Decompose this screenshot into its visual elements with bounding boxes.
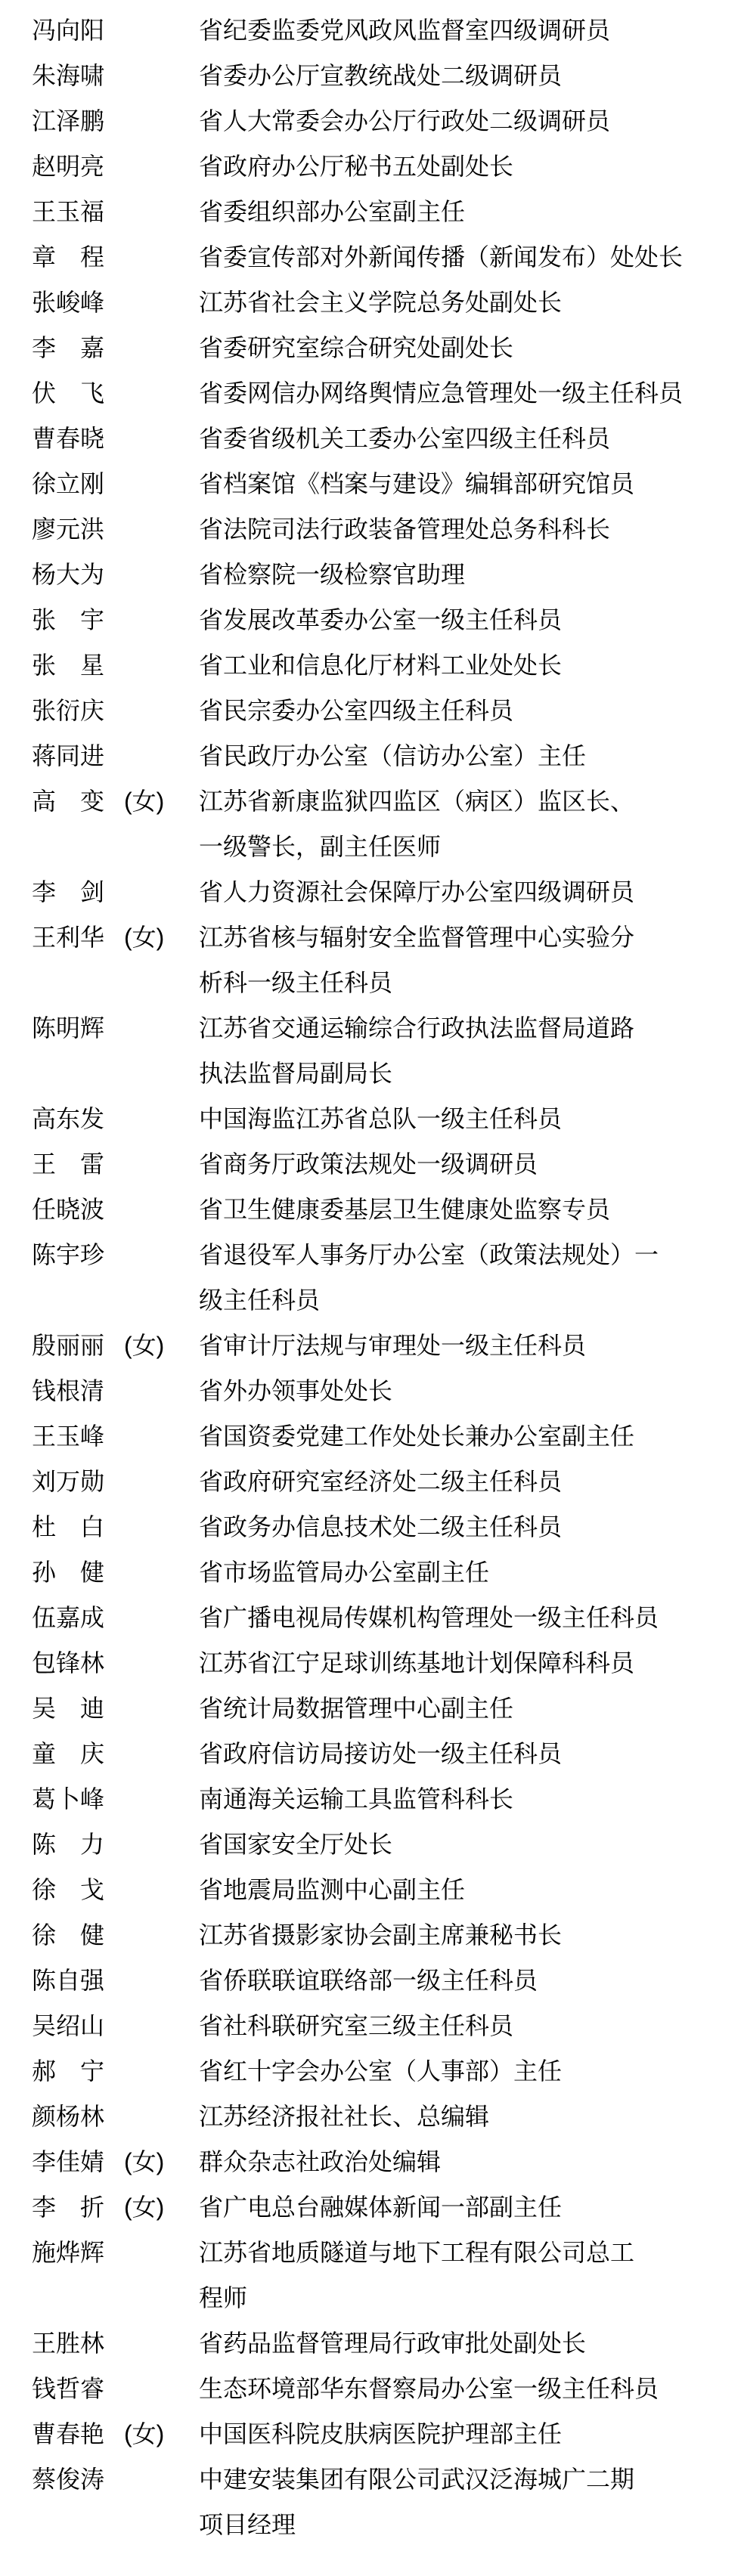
person-position: 省广播电视局传媒机构管理处一级主任科员 [199,1595,659,1640]
person-name: 包锋林 [32,1640,104,1686]
person-position: 江苏省社会主义学院总务处副处长 [199,280,562,325]
person-position: 省检察院一级检察官助理 [199,552,465,597]
person-name-cell: 章 程 [32,234,199,280]
person-name: 张峻峰 [32,280,104,325]
roster-entry: 赵明亮 省政府办公厅秘书五处副处长 [0,144,744,189]
roster-entry: 杨大为 省检察院一级检察官助理 [0,552,744,597]
person-name-cell: 陈 力 [32,1822,199,1867]
gender-marker: (女) [124,2420,164,2448]
person-position: 省统计局数据管理中心副主任 [199,1686,513,1731]
person-position: 省委网信办网络舆情应急管理处一级主任科员 [199,370,683,416]
person-name-cell: 张衍庆 [32,688,199,733]
person-position: 省审计厅法规与审理处一级主任科员 [199,1323,586,1368]
roster-entry: 施烨辉 江苏省地质隧道与地下工程有限公司总工 程师 [0,2230,744,2321]
person-position: 省政务办信息技术处二级主任科员 [199,1504,562,1550]
person-name-cell: 包锋林 [32,1640,199,1686]
person-name: 孙 健 [32,1550,104,1595]
roster-entry: 孙 健 省市场监管局办公室副主任 [0,1550,744,1595]
roster-entry: 郝 宁 省红十字会办公室（人事部）主任 [0,2048,744,2094]
roster-entry: 高东发 中国海监江苏省总队一级主任科员 [0,1096,744,1141]
roster-entry: 朱海啸 省委办公厅宣教统战处二级调研员 [0,53,744,98]
roster-entry: 张衍庆 省民宗委办公室四级主任科员 [0,688,744,733]
person-name-cell: 王玉福 [32,189,199,234]
person-name: 张衍庆 [32,688,104,733]
person-name: 任晓波 [32,1187,104,1232]
roster-entry: 蒋同进 省民政厅办公室（信访办公室）主任 [0,733,744,779]
roster-entry: 张峻峰 江苏省社会主义学院总务处副处长 [0,280,744,325]
person-name: 蔡俊涛 [32,2457,104,2502]
roster-entry: 曹春艳(女) 中国医科院皮肤病医院护理部主任 [0,2411,744,2457]
person-name: 李佳婧 [32,2139,104,2184]
person-position: 江苏省江宁足球训练基地计划保障科科员 [199,1640,634,1686]
person-name: 王利华 [32,915,104,960]
roster-entry: 包锋林 江苏省江宁足球训练基地计划保障科科员 [0,1640,744,1686]
person-name: 杜 白 [32,1504,104,1550]
person-position: 省商务厅政策法规处一级调研员 [199,1141,538,1187]
person-position: 生态环境部华东督察局办公室一级主任科员 [199,2366,659,2411]
person-name: 葛卜峰 [32,1776,104,1822]
person-name-cell: 伏 飞 [32,370,199,416]
person-name: 王胜林 [32,2321,104,2366]
person-name-cell: 孙 健 [32,1550,199,1595]
person-position: 省国家安全厅处长 [199,1822,392,1867]
person-name: 郝 宁 [32,2048,104,2094]
person-name-cell: 陈宇珍 [32,1232,199,1277]
roster-entry: 李 折(女) 省广电总台融媒体新闻一部副主任 [0,2184,744,2230]
person-position: 省民政厅办公室（信访办公室）主任 [199,733,586,779]
gender-marker: (女) [124,788,164,815]
gender-marker: (女) [124,2194,164,2221]
person-name-cell: 高东发 [32,1096,199,1141]
roster-entry: 王利华(女) 江苏省核与辐射安全监督管理中心实验分 析科一级主任科员 [0,915,744,1005]
person-position: 中建安装集团有限公司武汉泛海城广二期 项目经理 [199,2457,634,2547]
person-position: 省工业和信息化厅材料工业处处长 [199,642,562,688]
person-name: 钱哲睿 [32,2366,104,2411]
gender-marker: (女) [124,1332,164,1359]
person-position: 省档案馆《档案与建设》编辑部研究馆员 [199,461,634,506]
roster-entry: 吴绍山 省社科联研究室三级主任科员 [0,2003,744,2048]
roster-entry: 李佳婧(女) 群众杂志社政治处编辑 [0,2139,744,2184]
person-position: 江苏省新康监狱四监区（病区）监区长、 一级警长，副主任医师 [199,779,634,869]
person-position: 省政府信访局接访处一级主任科员 [199,1731,562,1776]
person-name: 曹春晓 [32,416,104,461]
person-name: 张 宇 [32,597,104,642]
person-name: 王玉峰 [32,1413,104,1459]
roster-entry: 伍嘉成 省广播电视局传媒机构管理处一级主任科员 [0,1595,744,1640]
person-name-cell: 蔡俊涛 [32,2457,199,2502]
person-name: 陈 力 [32,1822,104,1867]
person-name-cell: 王胜林 [32,2321,199,2366]
person-name: 徐 戈 [32,1867,104,1912]
person-position: 省委组织部办公室副主任 [199,189,465,234]
person-name-cell: 李 剑 [32,869,199,915]
roster-entry: 徐立刚 省档案馆《档案与建设》编辑部研究馆员 [0,461,744,506]
person-position: 省民宗委办公室四级主任科员 [199,688,513,733]
person-name-cell: 高 变(女) [32,779,199,824]
person-name-cell: 张峻峰 [32,280,199,325]
person-position: 江苏省核与辐射安全监督管理中心实验分 析科一级主任科员 [199,915,634,1005]
person-name-cell: 陈明辉 [32,1005,199,1051]
roster-entry: 徐 健 江苏省摄影家协会副主席兼秘书长 [0,1912,744,1958]
roster-entry: 殷丽丽(女) 省审计厅法规与审理处一级主任科员 [0,1323,744,1368]
gender-marker: (女) [124,924,164,951]
roster-entry: 葛卜峰 南通海关运输工具监管科科长 [0,1776,744,1822]
person-name: 李 剑 [32,869,104,915]
roster-entry: 高 变(女) 江苏省新康监狱四监区（病区）监区长、 一级警长，副主任医师 [0,779,744,869]
person-name-cell: 钱根清 [32,1368,199,1413]
person-name-cell: 刘万勋 [32,1459,199,1504]
person-name: 伏 飞 [32,370,104,416]
roster-entry: 张 宇 省发展改革委办公室一级主任科员 [0,597,744,642]
person-name: 蒋同进 [32,733,104,779]
roster-entry: 王玉峰 省国资委党建工作处处长兼办公室副主任 [0,1413,744,1459]
person-name: 李 折 [32,2184,104,2230]
person-name-cell: 吴绍山 [32,2003,199,2048]
person-name-cell: 廖元洪 [32,506,199,552]
person-name: 徐 健 [32,1912,104,1958]
person-name: 杨大为 [32,552,104,597]
roster-entry: 李 剑 省人力资源社会保障厅办公室四级调研员 [0,869,744,915]
roster-entry: 曹春晓 省委省级机关工委办公室四级主任科员 [0,416,744,461]
person-name: 陈明辉 [32,1005,104,1051]
person-position: 省政府研究室经济处二级主任科员 [199,1459,562,1504]
person-name-cell: 颜杨林 [32,2094,199,2139]
person-name-cell: 童 庆 [32,1731,199,1776]
person-name: 高 变 [32,779,104,824]
roster-entry: 刘万勋 省政府研究室经济处二级主任科员 [0,1459,744,1504]
person-position: 省广电总台融媒体新闻一部副主任 [199,2184,562,2230]
person-name-cell: 王玉峰 [32,1413,199,1459]
person-name-cell: 蒋同进 [32,733,199,779]
person-name-cell: 吴 迪 [32,1686,199,1731]
person-name-cell: 钱哲睿 [32,2366,199,2411]
person-name-cell: 徐 健 [32,1912,199,1958]
person-name: 江泽鹏 [32,98,104,144]
roster-entry: 钱根清 省外办领事处处长 [0,1368,744,1413]
person-name: 童 庆 [32,1731,104,1776]
person-name-cell: 葛卜峰 [32,1776,199,1822]
person-name-cell: 朱海啸 [32,53,199,98]
person-name-cell: 徐 戈 [32,1867,199,1912]
person-name: 吴 迪 [32,1686,104,1731]
roster-entry: 陈 力 省国家安全厅处长 [0,1822,744,1867]
person-name-cell: 伍嘉成 [32,1595,199,1640]
person-position: 省侨联联谊联络部一级主任科员 [199,1958,538,2003]
person-name-cell: 曹春艳(女) [32,2411,199,2457]
person-name: 陈自强 [32,1958,104,2003]
gender-marker: (女) [124,2148,164,2175]
roster-entry: 李 嘉 省委研究室综合研究处副处长 [0,325,744,370]
person-name-cell: 施烨辉 [32,2230,199,2275]
roster-entry: 陈宇珍 省退役军人事务厅办公室（政策法规处）一 级主任科员 [0,1232,744,1323]
person-name: 冯向阳 [32,8,104,53]
roster-entry: 陈明辉 江苏省交通运输综合行政执法监督局道路 执法监督局副局长 [0,1005,744,1096]
person-position: 省政府办公厅秘书五处副处长 [199,144,513,189]
person-position: 省委宣传部对外新闻传播（新闻发布）处处长 [199,234,683,280]
person-name: 颜杨林 [32,2094,104,2139]
person-name: 廖元洪 [32,506,104,552]
person-position: 省国资委党建工作处处长兼办公室副主任 [199,1413,634,1459]
person-position: 省委办公厅宣教统战处二级调研员 [199,53,562,98]
person-position: 省发展改革委办公室一级主任科员 [199,597,562,642]
person-name: 高东发 [32,1096,104,1141]
roster-entry: 吴 迪 省统计局数据管理中心副主任 [0,1686,744,1731]
person-name-cell: 郝 宁 [32,2048,199,2094]
person-name: 张 星 [32,642,104,688]
person-name-cell: 杜 白 [32,1504,199,1550]
person-name-cell: 王利华(女) [32,915,199,960]
person-position: 中国海监江苏省总队一级主任科员 [199,1096,562,1141]
person-position: 省纪委监委党风政风监督室四级调研员 [199,8,610,53]
roster-entry: 陈自强 省侨联联谊联络部一级主任科员 [0,1958,744,2003]
roster-entry: 钱哲睿 生态环境部华东督察局办公室一级主任科员 [0,2366,744,2411]
roster-entry: 张 星 省工业和信息化厅材料工业处处长 [0,642,744,688]
roster-entry: 童 庆 省政府信访局接访处一级主任科员 [0,1731,744,1776]
person-position: 中国医科院皮肤病医院护理部主任 [199,2411,562,2457]
person-position: 省社科联研究室三级主任科员 [199,2003,513,2048]
person-position: 江苏经济报社社长、总编辑 [199,2094,489,2139]
roster-entry: 王 雷 省商务厅政策法规处一级调研员 [0,1141,744,1187]
person-name: 曹春艳 [32,2411,104,2457]
person-name: 李 嘉 [32,325,104,370]
person-name-cell: 张 宇 [32,597,199,642]
person-position: 省地震局监测中心副主任 [199,1867,465,1912]
person-name: 伍嘉成 [32,1595,104,1640]
person-position: 江苏省地质隧道与地下工程有限公司总工 程师 [199,2230,634,2321]
roster-entry: 蔡俊涛 中建安装集团有限公司武汉泛海城广二期 项目经理 [0,2457,744,2547]
person-position: 省委研究室综合研究处副处长 [199,325,513,370]
person-name: 赵明亮 [32,144,104,189]
person-name-cell: 李 嘉 [32,325,199,370]
person-position: 省退役军人事务厅办公室（政策法规处）一 级主任科员 [199,1232,659,1323]
person-position: 省委省级机关工委办公室四级主任科员 [199,416,610,461]
person-name: 徐立刚 [32,461,104,506]
roster-entry: 王玉福 省委组织部办公室副主任 [0,189,744,234]
person-position: 江苏省交通运输综合行政执法监督局道路 执法监督局副局长 [199,1005,634,1096]
person-position: 省卫生健康委基层卫生健康处监察专员 [199,1187,610,1232]
person-position: 省市场监管局办公室副主任 [199,1550,489,1595]
person-name-cell: 殷丽丽(女) [32,1323,199,1368]
person-name-cell: 王 雷 [32,1141,199,1187]
roster-entry: 江泽鹏 省人大常委会办公厅行政处二级调研员 [0,98,744,144]
roster-entry: 伏 飞 省委网信办网络舆情应急管理处一级主任科员 [0,370,744,416]
person-name-cell: 李 折(女) [32,2184,199,2230]
person-name-cell: 曹春晓 [32,416,199,461]
person-position: 群众杂志社政治处编辑 [199,2139,441,2184]
person-position: 省人力资源社会保障厅办公室四级调研员 [199,869,634,915]
person-name-cell: 李佳婧(女) [32,2139,199,2184]
person-name-cell: 赵明亮 [32,144,199,189]
roster-list: 冯向阳 省纪委监委党风政风监督室四级调研员 朱海啸 省委办公厅宣教统战处二级调研… [0,8,744,2547]
person-name: 陈宇珍 [32,1232,104,1277]
person-position: 省人大常委会办公厅行政处二级调研员 [199,98,610,144]
roster-entry: 徐 戈 省地震局监测中心副主任 [0,1867,744,1912]
person-position: 南通海关运输工具监管科科长 [199,1776,513,1822]
person-name-cell: 江泽鹏 [32,98,199,144]
person-position: 省红十字会办公室（人事部）主任 [199,2048,562,2094]
person-name: 刘万勋 [32,1459,104,1504]
person-name-cell: 徐立刚 [32,461,199,506]
roster-entry: 王胜林 省药品监督管理局行政审批处副处长 [0,2321,744,2366]
person-position: 江苏省摄影家协会副主席兼秘书长 [199,1912,562,1958]
person-name-cell: 张 星 [32,642,199,688]
roster-document: 冯向阳 省纪委监委党风政风监督室四级调研员 朱海啸 省委办公厅宣教统战处二级调研… [0,0,744,2576]
roster-entry: 任晓波 省卫生健康委基层卫生健康处监察专员 [0,1187,744,1232]
person-name: 王 雷 [32,1141,104,1187]
person-name: 施烨辉 [32,2230,104,2275]
person-position: 省外办领事处处长 [199,1368,392,1413]
roster-entry: 章 程 省委宣传部对外新闻传播（新闻发布）处处长 [0,234,744,280]
person-name-cell: 任晓波 [32,1187,199,1232]
roster-entry: 廖元洪 省法院司法行政装备管理处总务科科长 [0,506,744,552]
person-name: 吴绍山 [32,2003,104,2048]
person-name: 朱海啸 [32,53,104,98]
person-name: 殷丽丽 [32,1323,104,1368]
roster-entry: 冯向阳 省纪委监委党风政风监督室四级调研员 [0,8,744,53]
person-position: 省药品监督管理局行政审批处副处长 [199,2321,586,2366]
person-position: 省法院司法行政装备管理处总务科科长 [199,506,610,552]
roster-entry: 杜 白 省政务办信息技术处二级主任科员 [0,1504,744,1550]
person-name-cell: 陈自强 [32,1958,199,2003]
person-name-cell: 杨大为 [32,552,199,597]
person-name: 钱根清 [32,1368,104,1413]
roster-entry: 颜杨林 江苏经济报社社长、总编辑 [0,2094,744,2139]
person-name: 章 程 [32,234,104,280]
person-name-cell: 冯向阳 [32,8,199,53]
person-name: 王玉福 [32,189,104,234]
